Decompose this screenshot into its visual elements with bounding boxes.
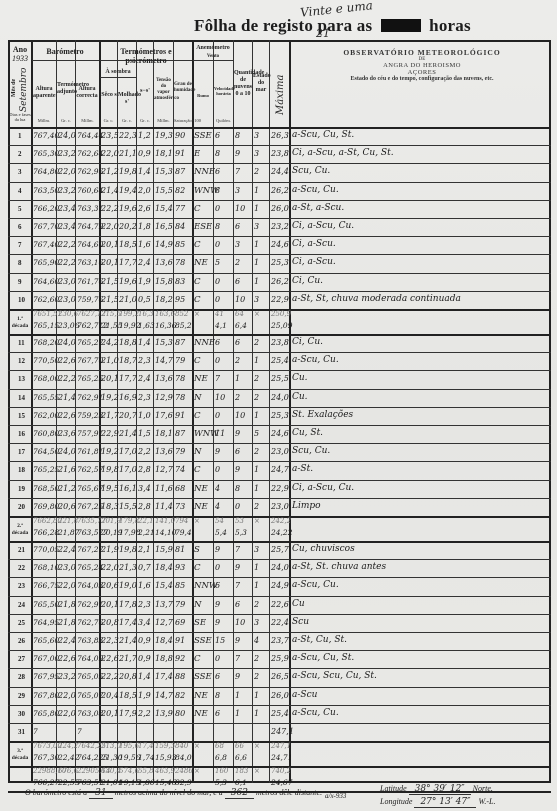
cell-nuv: 10 bbox=[235, 204, 245, 213]
cell-term: 23,0 bbox=[58, 295, 76, 304]
cell-rumo: E bbox=[194, 149, 200, 159]
cell-diff: 2,0 bbox=[138, 186, 151, 195]
cell-grau: 79 bbox=[175, 600, 185, 609]
cell-vel: 8 bbox=[215, 222, 220, 231]
cell-alt-cor: 763,16 bbox=[77, 258, 103, 267]
cell-grau: 85 bbox=[175, 581, 185, 590]
row-divider bbox=[8, 498, 551, 499]
cell-term: 23,6 bbox=[58, 429, 76, 438]
cell-molh: 18,8 bbox=[119, 338, 137, 347]
sum-mean: 16,36 bbox=[155, 321, 176, 330]
latitude-value: 38° 39′ 12″ bbox=[409, 784, 471, 795]
cell-seco: 22,3 bbox=[101, 636, 119, 645]
cell-vel: 6 bbox=[215, 167, 220, 176]
cell-max: 23,0 bbox=[271, 447, 289, 456]
observatory-stamp: OBSERVATÓRIO METEOROLÓGICO DE ANGRA DO H… bbox=[302, 48, 542, 82]
cell-alt-cor: 761,81 bbox=[77, 447, 103, 456]
row-divider bbox=[8, 577, 551, 578]
cell-vel: 15 bbox=[215, 636, 225, 645]
cell-nuv: 1 bbox=[235, 691, 240, 700]
day-number: 31 bbox=[18, 728, 25, 736]
sum-mean: 24,67 bbox=[271, 778, 292, 787]
cell-rumo: C bbox=[194, 295, 201, 305]
cell-vel: 6 bbox=[215, 338, 220, 347]
day-number: 7 bbox=[18, 241, 22, 249]
cell-term: 22,0 bbox=[58, 691, 76, 700]
cell-max: 22,6 bbox=[271, 600, 289, 609]
cell-alt-ap: 765,80 bbox=[33, 709, 59, 718]
day-number: 19 bbox=[18, 485, 25, 493]
cell-vel: 0 bbox=[215, 563, 220, 572]
sum-total: 676,6 bbox=[58, 767, 78, 775]
weather-remark: a-St. bbox=[292, 464, 313, 474]
weather-remark: Ci, a-Scu. bbox=[292, 257, 336, 267]
cell-nuv: 1 bbox=[235, 709, 240, 718]
sum-total: × bbox=[254, 767, 260, 775]
cell-alt-cor: 765,24 bbox=[77, 563, 103, 572]
column-divider bbox=[173, 40, 174, 783]
hour-number: 21 bbox=[316, 27, 330, 40]
cell-seco: 19,2 bbox=[101, 393, 119, 402]
header-vento: Vento bbox=[193, 53, 233, 60]
cell-seco: 21,5 bbox=[101, 295, 119, 304]
redacted-hour bbox=[381, 19, 421, 32]
cell-alt-ap: 766,75 bbox=[33, 581, 59, 590]
cell-grau: 95 bbox=[175, 295, 185, 304]
weather-remark: a-St, a-Scu. bbox=[292, 203, 344, 213]
cell-seco: 23,5 bbox=[101, 131, 119, 140]
cell-molh: 21,7 bbox=[119, 654, 137, 663]
sum-total: 230,6 bbox=[58, 310, 78, 318]
cell-diff: 2,8 bbox=[138, 465, 151, 474]
latitude: Latitude 38° 39′ 12″ Norte. bbox=[380, 784, 493, 794]
cell-grau: 74 bbox=[175, 465, 185, 474]
cell-alt-ap: 770,50 bbox=[33, 356, 59, 365]
cell-grau: 88 bbox=[175, 672, 185, 681]
cell-molh: 19,8 bbox=[119, 167, 137, 176]
cell-diff: 2,6 bbox=[138, 204, 151, 213]
header-seco: Sêco s bbox=[101, 92, 117, 99]
cell-molh: 17,7 bbox=[119, 258, 137, 267]
cell-grau: 82 bbox=[175, 186, 185, 195]
cell-alt-ap: 767,80 bbox=[33, 691, 59, 700]
cell-rumo: S bbox=[194, 545, 200, 555]
cell-alt-cor: 764,09 bbox=[77, 654, 103, 663]
weather-remark: Cu. bbox=[292, 373, 308, 383]
subheader-divider bbox=[100, 77, 136, 78]
cell-mar: 2 bbox=[254, 167, 259, 176]
cell-tens: 18,1 bbox=[155, 149, 173, 158]
cell-molh: 20,7 bbox=[119, 411, 137, 420]
cell-nuv: 7 bbox=[235, 545, 240, 554]
row-divider bbox=[8, 596, 551, 597]
cell-molh: 22,3 bbox=[119, 131, 137, 140]
cell-term: 22,6 bbox=[58, 654, 76, 663]
weather-remark: a-Scu, Scu, Cu, St. bbox=[292, 671, 377, 681]
cell-alt-ap: 769,80 bbox=[33, 502, 59, 511]
weather-remark: Ci, Cu. bbox=[292, 276, 323, 286]
longitude-suffix: W.-L. bbox=[478, 797, 495, 806]
cell-max: 22,4 bbox=[271, 618, 289, 627]
cell-term: 21,4 bbox=[58, 393, 76, 402]
cell-mar: 2 bbox=[254, 654, 259, 663]
cell-alt-cor: 762,76 bbox=[77, 618, 103, 627]
cell-seco: 19,2 bbox=[101, 447, 119, 456]
day-number: 18 bbox=[18, 466, 25, 474]
cell-max: 25,3 bbox=[271, 258, 289, 267]
cell-alt-cor: 762,96 bbox=[77, 167, 103, 176]
header-divider bbox=[8, 127, 551, 129]
subheader-divider bbox=[193, 60, 233, 61]
cell-diff: 2,2 bbox=[138, 709, 151, 718]
day-number: 20 bbox=[18, 503, 25, 511]
row-divider bbox=[8, 370, 551, 371]
row-divider bbox=[8, 614, 551, 615]
cell-max: 24,7 bbox=[271, 465, 289, 474]
cell-alt-cor: 765,67 bbox=[77, 484, 103, 493]
longitude-label: Longitude bbox=[380, 797, 412, 806]
cell-term: 22,6 bbox=[58, 411, 76, 420]
cell-term: 20,6 bbox=[58, 502, 76, 511]
header-maxima: Máxima bbox=[275, 65, 286, 115]
cell-vel: 9 bbox=[215, 618, 220, 627]
barometer-distance: 362 bbox=[225, 788, 254, 799]
cell-molh: 19,6 bbox=[119, 204, 137, 213]
cell-diff: 2,3 bbox=[138, 600, 151, 609]
cell-tens: 18,1 bbox=[155, 429, 173, 438]
cell-mar: 2 bbox=[254, 447, 259, 456]
cell-grau: 87 bbox=[175, 429, 185, 438]
cell-grau: 85 bbox=[175, 240, 185, 249]
cell-term: 23,0 bbox=[58, 277, 76, 286]
cell-molh: 19,8 bbox=[119, 545, 137, 554]
cell-mar: 1 bbox=[254, 240, 259, 249]
cell-molh: 17,8 bbox=[119, 600, 137, 609]
year-label: Ano bbox=[10, 45, 30, 54]
cell-tens: 12,7 bbox=[155, 465, 173, 474]
cell-seco: 18,3 bbox=[101, 502, 119, 511]
cell-mar: 2 bbox=[254, 600, 259, 609]
cell-grau: 91 bbox=[175, 636, 185, 645]
cell-seco: 19,5 bbox=[101, 484, 119, 493]
cell-alt-cor: 761,76 bbox=[77, 277, 103, 286]
cell-mar: 1 bbox=[254, 465, 259, 474]
cell-molh: 21,4 bbox=[119, 636, 137, 645]
cell-alt-cor: 765,27 bbox=[77, 338, 103, 347]
day-number: 25 bbox=[18, 619, 25, 627]
header-termometros: Termómetros e psicrómetro bbox=[100, 47, 192, 65]
sum-mean: 79,4 bbox=[175, 528, 192, 537]
weather-remark: a-Scu, Cu, St. bbox=[292, 653, 354, 663]
unit-label: Millm. bbox=[32, 118, 56, 123]
barometer-height: 31 bbox=[89, 788, 112, 799]
sum-total: 53 bbox=[235, 517, 244, 525]
cell-tens: 12,9 bbox=[155, 393, 173, 402]
sum-total: 68 bbox=[215, 742, 224, 750]
cell-rumo: NE bbox=[194, 691, 208, 701]
cell-tens: 19,3 bbox=[155, 131, 173, 140]
cell-tens: 13,6 bbox=[155, 447, 173, 456]
cell-mar: 3 bbox=[254, 545, 259, 554]
cell-vel: 9 bbox=[215, 600, 220, 609]
cell-grau: 84 bbox=[175, 222, 185, 231]
row-divider bbox=[8, 254, 551, 255]
cell-seco: 22,0 bbox=[101, 149, 119, 158]
cell-max: 25,7 bbox=[271, 545, 289, 554]
cell-term: 21,8 bbox=[58, 600, 76, 609]
cell-max: 26,0 bbox=[271, 691, 289, 700]
sum-mean: 1,63 bbox=[138, 321, 155, 330]
cell-alt-ap: 762,00 bbox=[33, 411, 59, 420]
cell-max: 26,0 bbox=[271, 204, 289, 213]
sum-total: 794 bbox=[175, 517, 188, 525]
cell-tens: 15,5 bbox=[155, 186, 173, 195]
sum-mean: 5,3 bbox=[215, 778, 227, 787]
cell-molh: 15,5 bbox=[119, 502, 137, 511]
cell-tens: 15,3 bbox=[155, 338, 173, 347]
cell-alt-ap: 765,50 bbox=[33, 600, 59, 609]
row-divider bbox=[8, 163, 551, 164]
cell-rumo: C bbox=[194, 411, 201, 421]
day-number: 26 bbox=[18, 637, 25, 645]
sum-total: 17,4 bbox=[138, 742, 154, 750]
cell-alt-ap: 7 bbox=[33, 727, 38, 736]
cell-mar: 5 bbox=[254, 429, 259, 438]
cell-diff: 1,6 bbox=[138, 240, 151, 249]
day-number: 9 bbox=[18, 278, 22, 286]
cell-tens: 13,6 bbox=[155, 258, 173, 267]
weather-remark: Cu. bbox=[292, 392, 308, 402]
title-suffix: horas bbox=[429, 16, 471, 35]
sum-total: 740,2 bbox=[271, 767, 291, 775]
cell-max: 23,2 bbox=[271, 222, 289, 231]
cell-vel: 0 bbox=[215, 654, 220, 663]
page-title: Fôlha de registo para as horas bbox=[194, 16, 471, 36]
cell-vel: 4 bbox=[215, 484, 220, 493]
cell-molh: 17,0 bbox=[119, 447, 137, 456]
cell-alt-ap: 765,60 bbox=[33, 636, 59, 645]
cell-mar: 1 bbox=[254, 277, 259, 286]
cell-nuv: 9 bbox=[235, 149, 240, 158]
cell-mar: 1 bbox=[254, 709, 259, 718]
cell-alt-cor: 7 bbox=[77, 727, 82, 736]
decade-label: 1.ª década bbox=[9, 316, 31, 330]
cell-grau: 79 bbox=[175, 447, 185, 456]
day-number: 2 bbox=[18, 150, 22, 158]
cell-max: 247,1 bbox=[271, 727, 294, 736]
cell-max: 23,7 bbox=[271, 636, 289, 645]
cell-rumo: N bbox=[194, 600, 201, 610]
cell-grau: 92 bbox=[175, 654, 185, 663]
cell-rumo: NE bbox=[194, 484, 208, 494]
row-divider bbox=[8, 541, 551, 543]
weather-remark: a-St, St. chuva antes bbox=[292, 562, 386, 572]
cell-seco: 21,0 bbox=[101, 356, 119, 365]
day-number: 27 bbox=[18, 655, 25, 663]
cell-mar: 1 bbox=[254, 186, 259, 195]
weather-remark: a-Scu bbox=[292, 690, 317, 700]
cell-molh: 17,7 bbox=[119, 374, 137, 383]
barometer-mid: metros acima do nível do mar, e a bbox=[115, 788, 223, 797]
sum-total: 41 bbox=[215, 310, 224, 318]
day-number: 10 bbox=[18, 296, 25, 304]
cell-tens: 15,4 bbox=[155, 204, 173, 213]
cell-max: 25,4 bbox=[271, 356, 289, 365]
cell-diff: 3,4 bbox=[138, 618, 151, 627]
cell-vel: 11 bbox=[215, 429, 225, 438]
sum-mean: 6,1 bbox=[235, 778, 247, 787]
sum-mean: 6,4 bbox=[235, 321, 247, 330]
cell-term: 24,0 bbox=[58, 131, 76, 140]
sum-total: 195,6 bbox=[119, 742, 139, 750]
sum-mean: 5,4 bbox=[215, 528, 227, 537]
cell-tens: 18,4 bbox=[155, 563, 173, 572]
cell-term: 23,2 bbox=[58, 672, 76, 681]
day-number: 17 bbox=[18, 448, 25, 456]
cell-seco: 21,7 bbox=[101, 411, 119, 420]
cell-max: 25,9 bbox=[271, 654, 289, 663]
cell-diff: 1,2 bbox=[138, 131, 151, 140]
cell-mar: 1 bbox=[254, 691, 259, 700]
cell-alt-ap: 765,30 bbox=[33, 149, 59, 158]
header-a-sombra: À sombra bbox=[100, 69, 136, 76]
sum-total: 159,3 bbox=[155, 742, 175, 750]
sum-mean: 82,9 bbox=[175, 778, 192, 787]
cell-nuv: 9 bbox=[235, 672, 240, 681]
cell-nuv: 10 bbox=[235, 295, 245, 304]
weather-remark: Scu bbox=[292, 617, 309, 627]
header-molhado: Molhado s' bbox=[118, 92, 136, 106]
weather-remark: a-St, Cu, St. bbox=[292, 635, 347, 645]
sum-total: 64 bbox=[235, 310, 244, 318]
cell-alt-cor: 765,05 bbox=[77, 672, 103, 681]
row-divider bbox=[8, 218, 551, 219]
cell-nuv: 9 bbox=[235, 563, 240, 572]
cell-term: 22,2 bbox=[58, 240, 76, 249]
cell-nuv: 6 bbox=[235, 277, 240, 286]
cell-molh: 21,1 bbox=[119, 149, 137, 158]
day-number: 29 bbox=[18, 692, 25, 700]
cell-alt-ap: 764,50 bbox=[33, 447, 59, 456]
cell-mar: 2 bbox=[254, 393, 259, 402]
cell-term: 23,0 bbox=[58, 563, 76, 572]
cell-grau: 69 bbox=[175, 618, 185, 627]
cell-seco: 20,4 bbox=[101, 691, 119, 700]
cell-rumo: SSE bbox=[194, 672, 212, 682]
cell-alt-cor: 760,64 bbox=[77, 186, 103, 195]
cell-mar: 1 bbox=[254, 204, 259, 213]
cell-nuv: 3 bbox=[235, 240, 240, 249]
cell-vel: 7 bbox=[215, 374, 220, 383]
cell-nuv: 6 bbox=[235, 600, 240, 609]
weather-remark: a-Scu, Cu, St. bbox=[292, 130, 354, 140]
row-divider bbox=[8, 705, 551, 706]
header-tensao: Tensão do vapor atmosférico bbox=[154, 78, 173, 102]
cell-seco: 22,2 bbox=[101, 204, 119, 213]
cell-mar: 3 bbox=[254, 149, 259, 158]
weather-remark: Ci, Cu. bbox=[292, 337, 323, 347]
unit-label: Gr. c. bbox=[137, 118, 153, 123]
sum-total: 840 bbox=[175, 742, 188, 750]
cell-max: 25,5 bbox=[271, 374, 289, 383]
weather-remark: a-St, St, chuva moderada continuada bbox=[292, 294, 461, 304]
cell-mar: 1 bbox=[254, 484, 259, 493]
header-anemometro: Anemómetro bbox=[193, 45, 233, 52]
sum-total: × bbox=[254, 517, 260, 525]
row-divider bbox=[8, 650, 551, 651]
cell-alt-ap: 767,95 bbox=[33, 672, 59, 681]
row-divider bbox=[8, 200, 551, 201]
cell-tens: 11,6 bbox=[155, 484, 173, 493]
sum-mean: 5,3 bbox=[235, 528, 247, 537]
cell-nuv: 10 bbox=[235, 411, 245, 420]
cell-term: 23,2 bbox=[58, 149, 76, 158]
header-termometro-adjunto: Termómetro adjunto bbox=[57, 82, 75, 96]
cell-alt-ap: 768,00 bbox=[33, 374, 59, 383]
cell-alt-ap: 764,60 bbox=[33, 277, 59, 286]
cell-alt-cor: 767,25 bbox=[77, 502, 103, 511]
sum-total: 852 bbox=[175, 310, 188, 318]
cell-alt-ap: 764,80 bbox=[33, 167, 59, 176]
cell-max: 25,4 bbox=[271, 709, 289, 718]
sum-total: 242,2 bbox=[271, 517, 291, 525]
cell-seco: 22,0 bbox=[101, 563, 119, 572]
month-label: Mês de bbox=[11, 68, 19, 108]
weather-remark: a-Scu, Cu. bbox=[292, 580, 339, 590]
sum-mean: 6,6 bbox=[235, 753, 247, 762]
cell-term: 23,4 bbox=[58, 204, 76, 213]
day-number: 24 bbox=[18, 601, 25, 609]
cell-nuv: 9 bbox=[235, 429, 240, 438]
row-divider bbox=[8, 687, 551, 688]
sum-total: 574,6 bbox=[119, 767, 139, 775]
row-divider bbox=[8, 461, 551, 462]
sum-mean: 763,51 bbox=[77, 778, 103, 787]
cell-mar: 1 bbox=[254, 563, 259, 572]
cell-molh: 19,0 bbox=[119, 581, 137, 590]
cell-vel: 0 bbox=[215, 411, 220, 420]
unit-label: Millm. bbox=[76, 118, 99, 123]
cell-rumo: C bbox=[194, 277, 201, 287]
cell-term: 22,2 bbox=[58, 258, 76, 267]
weather-remark: Ci, a-Scu, Cu. bbox=[292, 221, 354, 231]
cell-alt-ap: 770,05 bbox=[33, 545, 59, 554]
stamp-line1: OBSERVATÓRIO METEOROLÓGICO bbox=[302, 48, 542, 57]
cell-tens: 14,7 bbox=[155, 691, 173, 700]
cell-tens: 16,5 bbox=[155, 222, 173, 231]
day-number: 12 bbox=[18, 357, 25, 365]
cell-vel: 10 bbox=[215, 393, 225, 402]
cell-nuv: 7 bbox=[235, 167, 240, 176]
day-number: 1 bbox=[18, 132, 22, 140]
cell-diff: 1,6 bbox=[138, 581, 151, 590]
cell-alt-cor: 762,57 bbox=[77, 465, 103, 474]
sum-total: 247,1 bbox=[271, 742, 291, 750]
cell-alt-cor: 763,08 bbox=[77, 709, 103, 718]
cell-alt-ap: 763,50 bbox=[33, 186, 59, 195]
cell-alt-ap: 765,55 bbox=[33, 393, 59, 402]
day-number: 16 bbox=[18, 430, 25, 438]
cell-rumo: NE bbox=[194, 709, 208, 719]
weather-remark: a-Scu, Cu. bbox=[292, 355, 339, 365]
cell-rumo: SSE bbox=[194, 636, 212, 646]
cell-grau: 73 bbox=[175, 502, 185, 511]
cell-seco: 22,0 bbox=[101, 222, 119, 231]
cell-alt-cor: 763,83 bbox=[77, 636, 103, 645]
cell-tens: 18,4 bbox=[155, 636, 173, 645]
weather-remark: Cu, St. bbox=[292, 428, 323, 438]
day-number: 11 bbox=[18, 339, 25, 347]
